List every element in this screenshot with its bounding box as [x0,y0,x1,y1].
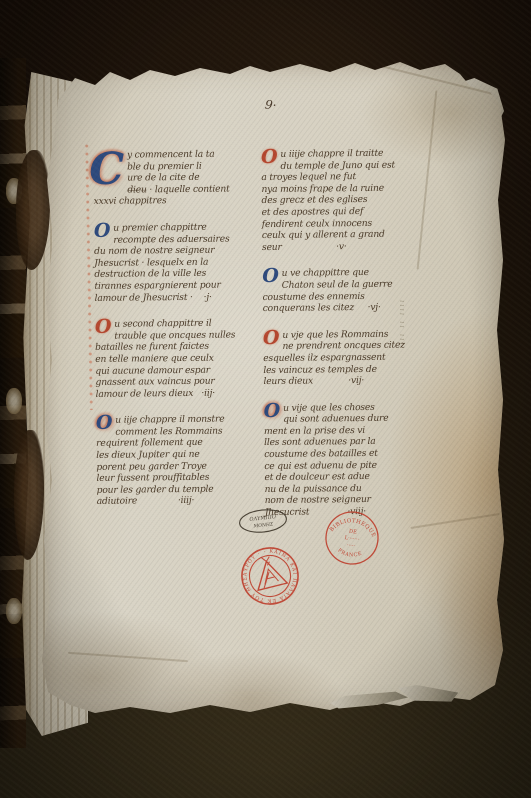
sewing-support [6,388,22,414]
greek-monogram-stamp: · ΚΑΙΝΑ ΚΑΙ ΠΑΛΑΙΑ ΕΚ ΤΟΥ ΘΗΣΑΥΡΟΥ · [236,541,304,611]
manuscript-paragraph: Ou ve chappittre queChaton seul de la gu… [262,266,458,314]
text-column-right: Ou iiije chappre il traittedu temple de … [261,147,461,534]
text-line: adiutoire ·iiij· [97,495,269,508]
manuscript-paragraph: Ou second chappittre iltrauble que oncqu… [95,317,268,400]
illuminated-initial: O [262,268,279,285]
illuminated-initial: O [263,330,280,347]
sewing-support [6,598,22,624]
stamp-line1: DE [348,529,357,536]
illuminated-initial: O [95,319,112,336]
text-line: conquerans les citez ·vj· [263,301,459,315]
crease-line [68,652,188,662]
oval-stamp-line2: ΜΟΝΗΣ [252,521,274,529]
illuminated-initial: C [89,150,124,190]
text-line: xxxvi chappitres [94,194,266,207]
text-line: seur ·v· [262,240,458,254]
text-column-left: Cy commencent la table du premier liure … [93,148,269,523]
manuscript-paragraph: Ou iiije chappre il traittedu temple de … [261,147,458,253]
svg-text:FRANCE: FRANCE [336,547,364,560]
manuscript-paragraph: Ou premier chappittrerecompte des aduers… [94,221,267,304]
illuminated-initial: O [96,415,113,432]
quire-mark: 9· [264,97,277,112]
greek-stamp-ring-text: · ΚΑΙΝΑ ΚΑΙ ΠΑΛΑΙΑ ΕΚ ΤΟΥ ΘΗΣΑΥΡΟΥ · [236,543,303,610]
illuminated-initial: O [261,149,278,166]
text-line: lamour de Jhesucrist · ·j· [95,291,267,304]
stamp-arc-bottom: FRANCE [336,547,364,560]
manuscript-paragraph: Ou vje que les Rommainsne prendrent oncq… [263,328,460,388]
manuscript-paragraph: Cy commencent la table du premier liure … [93,148,266,208]
stamp-line3: ····· [347,542,356,549]
crease-line [370,62,497,95]
library-round-stamp: BIBLIOTHEQUE DE L······· ····· FRANCE [315,505,390,573]
text-line: leurs dieux ·vij· [263,374,459,388]
manuscript-paragraph: Ou vije que les chosesqui sont aduenues … [264,401,461,519]
oval-library-stamp: ΟΛΥΜΠΙΟ ΜΟΝΗΣ [237,508,289,535]
text-line: lamour de leurs dieux ·iij· [96,387,268,400]
manuscript-photograph: 9· Cy commencent la table du premier liu… [0,0,531,798]
monogram-triangle [252,558,287,590]
svg-text:· ΚΑΙΝΑ ΚΑΙ ΠΑΛΑΙΑ ΕΚ ΤΟΥ ΘΗΣΑ: · ΚΑΙΝΑ ΚΑΙ ΠΑΛΑΙΑ ΕΚ ΤΟΥ ΘΗΣΑΥΡΟΥ · [236,543,303,610]
illuminated-initial: O [94,223,111,240]
illuminated-initial: O [264,403,281,420]
manuscript-paragraph: Ou iije chappre il monstrecomment les Ro… [96,413,269,508]
